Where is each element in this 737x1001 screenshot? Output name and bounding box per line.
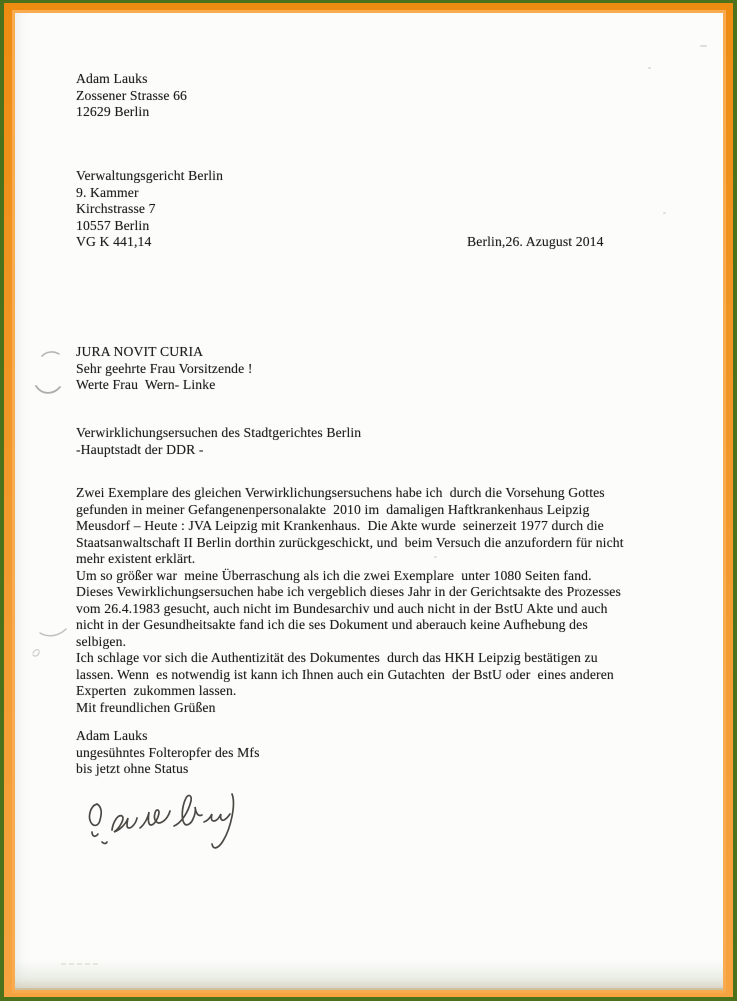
body-line: Ich schlage vor sich die Authentizität d… bbox=[76, 650, 624, 667]
scan-speck bbox=[577, 588, 580, 590]
sender-name: Adam Lauks bbox=[76, 71, 187, 88]
scan-speck bbox=[700, 45, 707, 47]
body-line: Staatsanwaltschaft II Berlin dorthin zur… bbox=[76, 535, 624, 552]
scan-speck bbox=[434, 556, 437, 558]
margin-arc-mark bbox=[38, 626, 68, 640]
signer-name: Adam Lauks bbox=[76, 728, 260, 745]
handwritten-signature bbox=[82, 768, 252, 850]
scanned-letter-page: Adam Lauks Zossener Strasse 66 12629 Ber… bbox=[0, 0, 737, 1001]
body-line: nicht in der Gesundheitsakte fand ich di… bbox=[76, 617, 624, 634]
letter-body: Zwei Exemplare des gleichen Verwirklichu… bbox=[76, 485, 624, 716]
sender-address: Adam Lauks Zossener Strasse 66 12629 Ber… bbox=[76, 71, 187, 121]
margin-dash-mark bbox=[40, 348, 62, 360]
recipient-chamber: 9. Kammer bbox=[76, 185, 223, 202]
closing-phrase: Mit freundlichen Grüßen bbox=[76, 700, 624, 717]
margin-arc-mark bbox=[34, 383, 62, 397]
body-line: Zwei Exemplare des gleichen Verwirklichu… bbox=[76, 485, 624, 502]
recipient-city: 10557 Berlin bbox=[76, 218, 223, 235]
subject-line: Verwirklichungsersuchen des Stadtgericht… bbox=[76, 425, 361, 442]
subject-line: -Hauptstadt der DDR - bbox=[76, 442, 361, 459]
recipient-address: Verwaltungsgericht Berlin 9. Kammer Kirc… bbox=[76, 168, 223, 251]
body-line: selbigen. bbox=[76, 634, 624, 651]
signer-description: ungesühntes Folteropfer des Mfs bbox=[76, 745, 260, 762]
body-line: Dieses Vewirklichungsersuchen habe ich v… bbox=[76, 584, 624, 601]
body-line: vom 26.4.1983 gesucht, auch nicht im Bun… bbox=[76, 601, 624, 618]
recipient-court: Verwaltungsgericht Berlin bbox=[76, 168, 223, 185]
body-line: mehr existent erklärt. bbox=[76, 551, 624, 568]
body-line: gefunden in meiner Gefangenenpersonalakt… bbox=[76, 502, 624, 519]
body-line: Experten zukommen lassen. bbox=[76, 683, 624, 700]
salutation-motto: JURA NOVIT CURIA bbox=[76, 344, 253, 361]
body-line: lassen. Wenn es notwendig ist kann ich I… bbox=[76, 667, 624, 684]
sender-street: Zossener Strasse 66 bbox=[76, 88, 187, 105]
case-number: VG K 441,14 bbox=[76, 234, 223, 251]
date-line: Berlin,26. Azugust 2014 bbox=[467, 234, 604, 251]
body-line: Meusdorf – Heute : JVA Leipzig mit Krank… bbox=[76, 518, 624, 535]
salutation-line: Werte Frau Wern- Linke bbox=[76, 377, 253, 394]
scan-shadow-band bbox=[15, 960, 723, 990]
margin-squiggle-mark bbox=[30, 644, 46, 658]
subject: Verwirklichungsersuchen des Stadtgericht… bbox=[76, 425, 361, 458]
sender-city: 12629 Berlin bbox=[76, 104, 187, 121]
scan-speck bbox=[663, 212, 666, 214]
recipient-street: Kirchstrasse 7 bbox=[76, 201, 223, 218]
scan-speck bbox=[648, 67, 651, 69]
salutation: JURA NOVIT CURIA Sehr geehrte Frau Vorsi… bbox=[76, 344, 253, 394]
salutation-line: Sehr geehrte Frau Vorsitzende ! bbox=[76, 361, 253, 378]
body-line: Um so größer war meine Überraschung als … bbox=[76, 568, 624, 585]
